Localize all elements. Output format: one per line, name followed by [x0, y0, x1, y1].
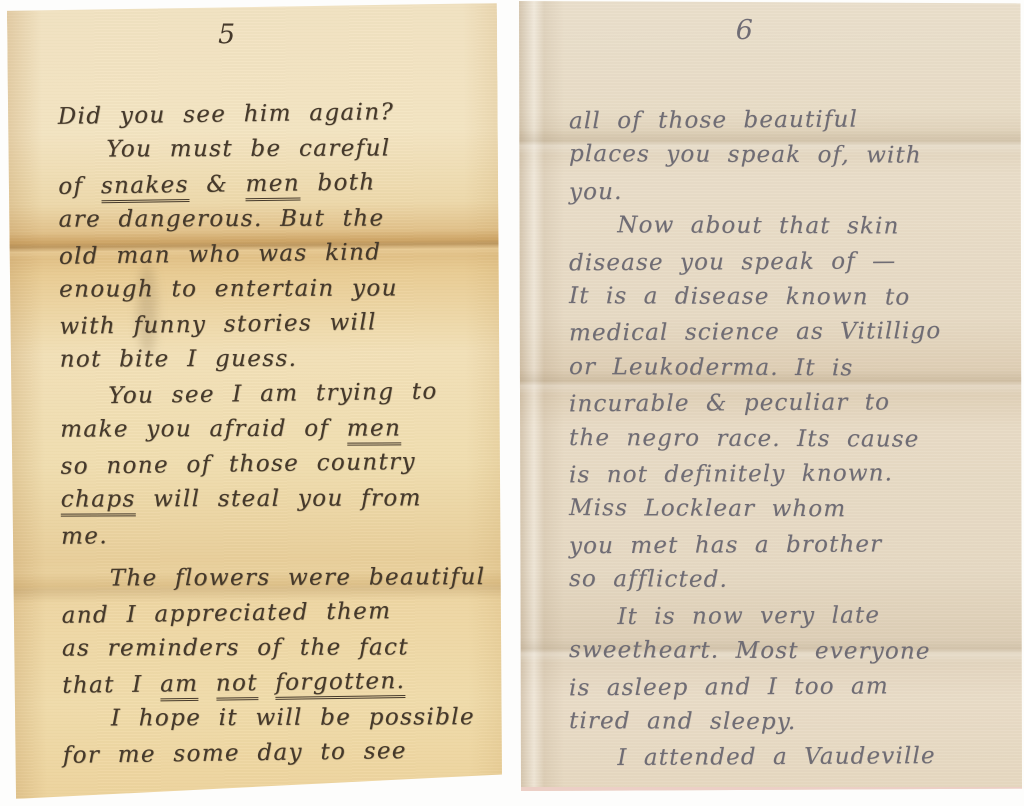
letter-line: tired and sleepy. [569, 704, 1002, 741]
letter-line: chaps will steal you from [61, 481, 481, 517]
letter-line: Did you see him again? [58, 94, 478, 135]
letter-line: are dangerous. But the [59, 201, 479, 237]
scanned-letter: 5 Did you see him again?You must be care… [0, 0, 1024, 806]
letter-line: It is a disease known to [569, 279, 1002, 316]
letter-line: that I am not forgotten. [62, 663, 482, 704]
letter-line: so none of those country [60, 444, 480, 485]
letter-line: all of those beautiful [569, 102, 1002, 140]
letter-line: You see I am trying to [60, 374, 480, 415]
letter-line: is not definitely known. [569, 456, 1002, 494]
letter-line: Miss Locklear whom [569, 492, 1002, 529]
underlined-word: men [347, 415, 401, 445]
letter-line: me. [61, 514, 481, 555]
letter-line: is asleep and I too am [569, 668, 1002, 706]
page-number-5: 5 [7, 17, 448, 51]
letter-line: The flowers were beautiful [61, 560, 481, 596]
underlined-word: am [160, 671, 199, 702]
letter-line: as reminders of the fact [62, 630, 482, 666]
letter-line: It is now very late [569, 597, 1002, 635]
letter-line: or Leukoderma. It is [569, 350, 1002, 387]
letter-line: old man who was kind [59, 234, 479, 275]
letter-line: disease you speak of — [569, 243, 1002, 281]
letter-line: you met has a brother [569, 527, 1002, 565]
page-number-6: 6 [519, 15, 972, 46]
underlined-word: not [216, 670, 258, 701]
letter-line: make you afraid of men [60, 411, 480, 447]
letter-line: and I appreciated them [61, 593, 481, 634]
letter-line: enough to entertain you [59, 271, 479, 307]
letter-line: for me some day to see [63, 733, 483, 774]
letter-line: so afflicted. [569, 562, 1002, 599]
letter-line: Now about that skin [569, 208, 1002, 245]
letter-line: You must be careful [58, 131, 478, 167]
underlined-word: men [245, 170, 300, 201]
letter-page-5: 5 Did you see him again?You must be care… [7, 3, 503, 799]
page-5-text: Did you see him again?You must be carefu… [8, 95, 503, 773]
letter-line: the negro race. Its cause [569, 421, 1002, 458]
letter-line: incurable & peculiar to [569, 385, 1002, 423]
underlined-word: snakes [101, 172, 189, 203]
letter-line: you. [569, 172, 1002, 210]
letter-page-6: 6 all of those beautifulplaces you speak… [519, 1, 1022, 791]
letter-line: I attended a Vaudeville [569, 739, 1002, 777]
letter-line: sweetheart. Most everyone [569, 633, 1002, 670]
letter-line: not bite I guess. [60, 341, 480, 377]
letter-line: medical science as Vitilligo [569, 314, 1002, 352]
letter-line: I hope it will be possible [62, 700, 482, 736]
underlined-word: chaps [61, 486, 136, 516]
letter-line: places you speak of, with [569, 137, 1002, 174]
letter-line: with funny stories will [59, 304, 479, 345]
letter-line: of snakes & men both [58, 164, 478, 205]
page-6-text: all of those beautifulplaces you speak o… [519, 103, 1022, 776]
underlined-word: forgotten. [275, 668, 405, 700]
